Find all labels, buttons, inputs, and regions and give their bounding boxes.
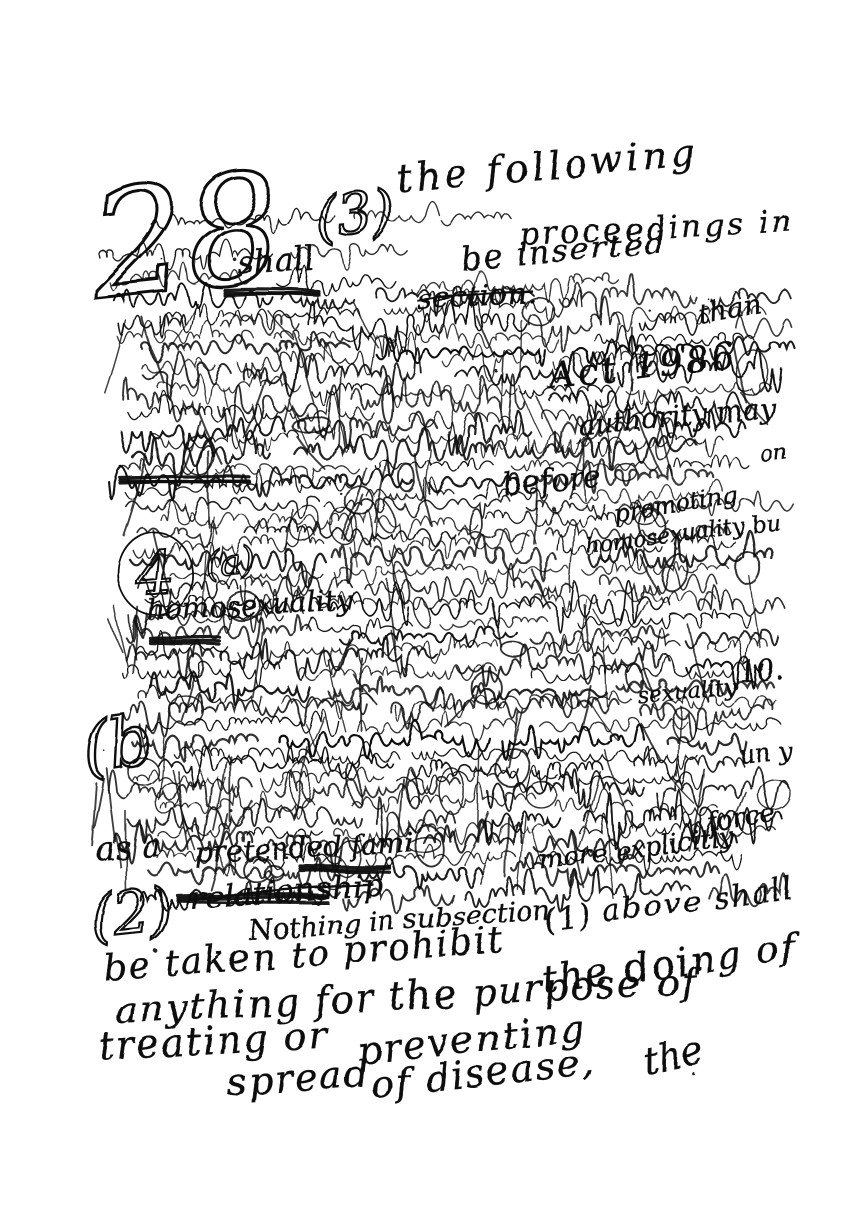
handwriting-fragment: be inserted <box>459 222 667 278</box>
scribble-stroke <box>674 454 749 469</box>
scribble-stroke <box>142 358 215 374</box>
handwriting-scrawl: 28(3)the followingproceedings inshallbe … <box>0 0 850 1225</box>
scribble-stroke <box>182 676 194 720</box>
scribble-stroke <box>403 778 421 811</box>
scribble-stroke <box>589 701 615 738</box>
handwriting-fragment: the <box>639 1029 708 1083</box>
ink-layer: 28(3)the followingproceedings inshallbe … <box>77 131 803 1107</box>
scribble-stroke <box>125 693 367 737</box>
handwriting-fragment: (b <box>77 701 157 789</box>
scribble-stroke <box>528 628 679 657</box>
scribble-stroke <box>410 595 433 629</box>
handwriting-fragment: than <box>695 287 764 331</box>
scribble-stroke <box>526 500 605 518</box>
svg-text:Act 1986: Act 1986 <box>545 335 739 399</box>
scribble-stroke <box>382 382 394 424</box>
ink-speck <box>551 506 555 510</box>
handwriting-fragment: spread <box>226 1051 372 1105</box>
svg-text:spread: spread <box>226 1051 372 1105</box>
scribble-stroke <box>361 657 362 730</box>
handwriting-fragment: (2) <box>86 875 175 951</box>
scribble-stroke <box>376 457 494 471</box>
ink-speck <box>230 810 233 813</box>
scribble-stroke <box>410 761 517 778</box>
handwriting-fragment: the following <box>395 131 702 201</box>
scribble-stroke <box>411 822 448 870</box>
scribble-stroke <box>569 523 574 591</box>
scribble-stroke <box>114 606 128 666</box>
svg-text:28: 28 <box>81 141 290 334</box>
svg-text:the following: the following <box>395 131 702 201</box>
svg-text:the: the <box>639 1029 708 1083</box>
scribble-stroke <box>559 275 696 319</box>
strikeout-mark <box>150 643 220 645</box>
svg-text:on: on <box>760 441 790 469</box>
scribble-stroke <box>699 586 785 615</box>
handwriting-fragment: shall <box>236 239 315 282</box>
ink-speck <box>340 492 342 494</box>
scribble-stroke <box>469 508 482 540</box>
scribble-stroke <box>737 552 761 584</box>
svg-text:section.: section. <box>416 275 537 318</box>
strikeout-mark <box>120 482 250 483</box>
handwriting-fragment: Act 1986 <box>545 335 739 399</box>
ink-speck <box>649 310 651 312</box>
svg-text:(3): (3) <box>313 179 399 252</box>
svg-text:(a): (a) <box>203 540 256 585</box>
scribble-stroke <box>290 391 374 420</box>
handwriting-fragment: sexuality <box>636 675 738 709</box>
scribble-stroke <box>641 723 661 760</box>
svg-text:un y: un y <box>738 736 793 769</box>
scanned-page: 28(3)the followingproceedings inshallbe … <box>0 0 850 1225</box>
handwriting-fragment: (3) <box>313 179 399 252</box>
handwriting-fragment: homosexuality <box>147 583 354 627</box>
handwriting-fragment: 28 <box>81 141 290 334</box>
handwriting-fragment: section. <box>416 275 537 318</box>
svg-text:before: before <box>503 461 604 504</box>
scribble-stroke <box>399 465 415 493</box>
scribble-stroke <box>158 373 300 403</box>
svg-text:(2): (2) <box>86 875 175 951</box>
handwriting-fragment: on <box>760 441 790 469</box>
svg-text:homosexuality: homosexuality <box>147 583 354 627</box>
scribble-stroke <box>480 853 490 884</box>
strikeout-mark <box>150 641 220 642</box>
handwriting-fragment: as a <box>94 826 161 868</box>
strikeout-mark <box>120 477 250 478</box>
scribble-stroke <box>143 352 230 400</box>
ink-speck <box>447 430 449 432</box>
scribble-stroke <box>635 746 744 786</box>
svg-text:(b: (b <box>77 701 157 789</box>
scribble-stroke <box>506 816 508 877</box>
svg-text:as a: as a <box>94 826 161 868</box>
scribble-stroke <box>412 749 505 760</box>
scribble-stroke <box>442 214 511 227</box>
scribble-stroke <box>593 610 615 643</box>
scribble-stroke <box>214 762 227 831</box>
scribble-stroke <box>286 508 292 562</box>
ink-speck <box>495 370 498 373</box>
scribble-stroke <box>125 469 355 500</box>
scribble-stroke <box>539 717 686 731</box>
scribble-stroke <box>488 770 642 810</box>
scribble-stroke <box>615 463 638 482</box>
svg-text:than: than <box>695 287 764 331</box>
handwriting-fragment: 10. <box>738 653 785 689</box>
svg-text:10.: 10. <box>738 653 785 689</box>
scribble-stroke <box>208 450 209 526</box>
scribble-stroke <box>353 302 378 347</box>
scribble-stroke <box>261 767 383 792</box>
svg-text:shall: shall <box>236 239 315 282</box>
svg-text:sexuality: sexuality <box>636 675 738 709</box>
handwriting-fragment: (a) <box>203 540 256 585</box>
scribble-stroke <box>282 694 373 718</box>
scribble-stroke <box>352 518 355 565</box>
handwriting-fragment: un y <box>738 736 793 769</box>
svg-text:be inserted: be inserted <box>459 222 667 278</box>
handwriting-fragment: before <box>503 461 604 504</box>
scribble-stroke <box>329 676 442 704</box>
